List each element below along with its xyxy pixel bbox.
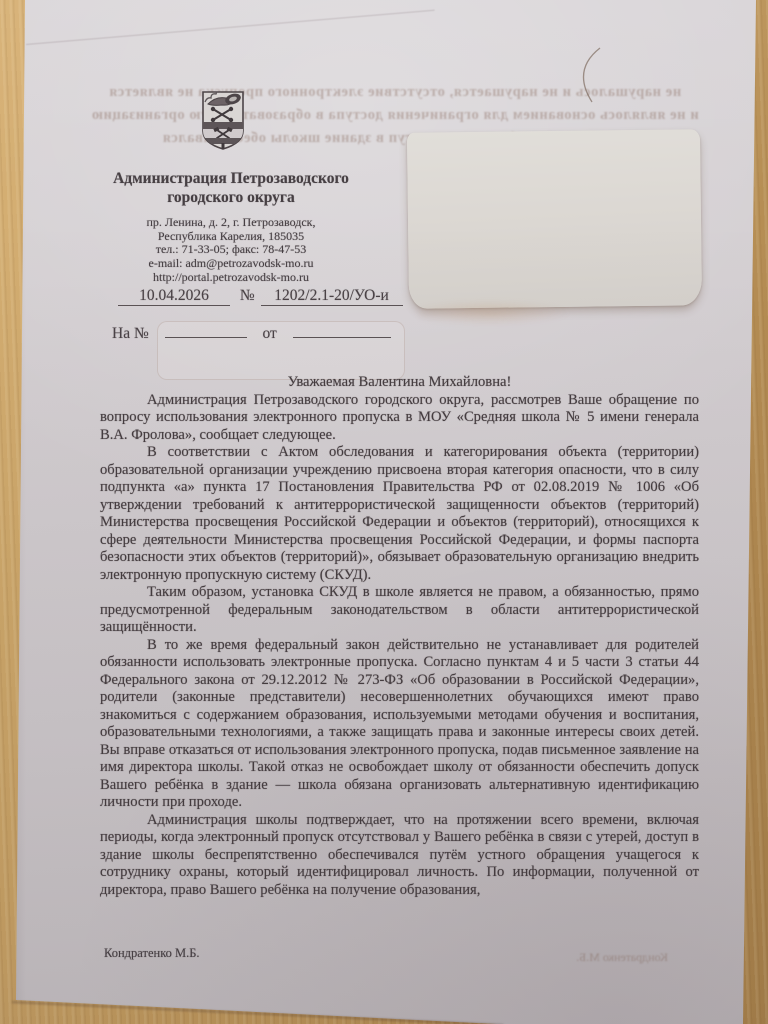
letter-body: Уважаемая Валентина Михайловна! Админист…	[100, 374, 699, 899]
letterhead: Администрация Петрозаводского городского…	[100, 169, 362, 285]
org-name-line2: городского округа	[100, 188, 362, 207]
org-website: http://portal.petrozavodsk-mo.ru	[100, 271, 362, 285]
org-region-postcode: Республика Карелия, 185035	[100, 230, 362, 244]
reply-prefix: На №	[112, 325, 149, 342]
reply-from-label: от	[263, 325, 277, 342]
folded-paper-flap	[407, 129, 702, 309]
letter-number: 1202/2.1-20/УО-и	[261, 287, 403, 306]
hair-strand	[574, 46, 618, 108]
body-paragraph: Таким образом, установка СКУД в школе яв…	[100, 584, 699, 637]
flap-shadow-smudge	[418, 300, 618, 332]
photo-of-letter-on-desk: { "letterhead": { "org_name_line1": "Адм…	[0, 0, 768, 1024]
salutation: Уважаемая Валентина Михайловна!	[100, 374, 699, 392]
org-email: e-mail: adm@petrozavodsk-mo.ru	[100, 257, 362, 271]
body-paragraph: Администрация Петрозаводского городского…	[100, 392, 699, 445]
bleedthrough-text-line: и не являлось основанием для ограничения…	[88, 107, 702, 124]
reply-number-blank	[165, 337, 247, 338]
org-phone-fax: тел.: 71-33-05; факс: 78-47-53	[100, 243, 362, 257]
body-paragraph: В то же время федеральный закон действит…	[100, 637, 699, 812]
letter-date: 10.04.2026	[118, 287, 230, 306]
org-street-address: пр. Ленина, д. 2, г. Петрозаводск,	[100, 216, 362, 230]
bleedthrough-signature: Кондратенко М.Б.	[548, 950, 668, 965]
reply-date-blank	[293, 337, 391, 338]
org-name-line1: Администрация Петрозаводского	[100, 169, 362, 188]
executor-name: Кондратенко М.Б.	[104, 946, 200, 961]
petrozavodsk-coat-of-arms-icon	[200, 90, 246, 152]
number-sign: №	[240, 287, 255, 304]
body-paragraph: Администрация школы подтверждает, что на…	[100, 812, 699, 900]
body-paragraph: В соответствии с Актом обследования и ка…	[100, 444, 699, 584]
